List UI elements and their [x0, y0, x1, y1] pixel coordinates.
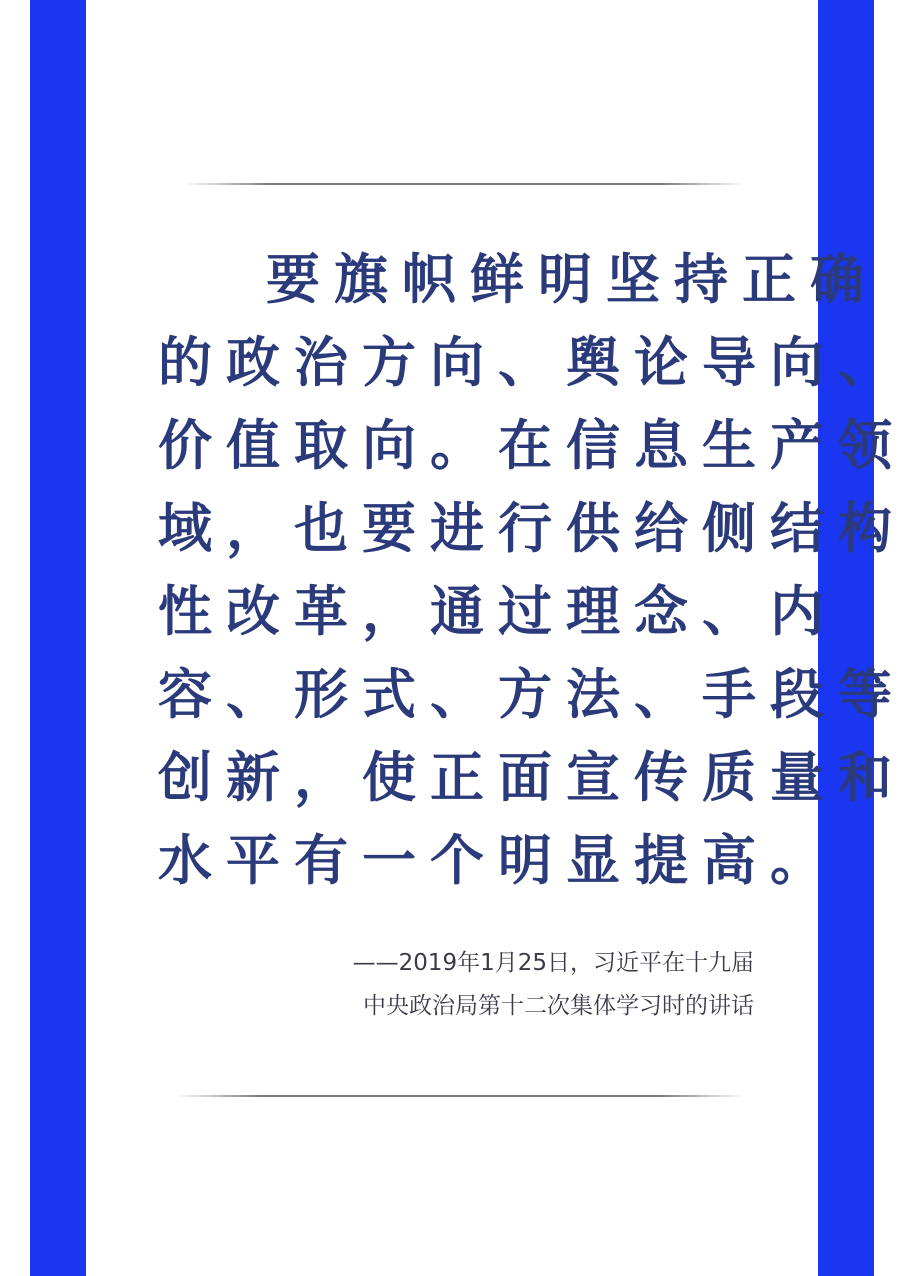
- quote-line: 创新，使正面宣传质量和: [158, 736, 758, 819]
- top-divider: [185, 183, 745, 185]
- quote-line: 的政治方向、舆论导向、: [158, 321, 758, 404]
- quote-line: 容、形式、方法、手段等: [158, 653, 758, 736]
- quote-line: 要旗帜鲜明坚持正确: [158, 238, 758, 321]
- bottom-divider: [175, 1095, 745, 1097]
- quote-block: 要旗帜鲜明坚持正确 的政治方向、舆论导向、 价值取向。在信息生产领 域，也要进行…: [158, 238, 758, 902]
- attribution: ——2019年1月25日，习近平在十九届 中央政治局第十二次集体学习时的讲话: [353, 942, 754, 1028]
- attribution-line: 中央政治局第十二次集体学习时的讲话: [353, 985, 754, 1028]
- quote-line: 性改革，通过理念、内: [158, 570, 758, 653]
- quote-line: 域，也要进行供给侧结构: [158, 487, 758, 570]
- quote-line: 价值取向。在信息生产领: [158, 404, 758, 487]
- attribution-line: ——2019年1月25日，习近平在十九届: [353, 942, 754, 985]
- quote-line: 水平有一个明显提高。: [158, 819, 758, 902]
- left-blue-bar: [30, 0, 86, 1276]
